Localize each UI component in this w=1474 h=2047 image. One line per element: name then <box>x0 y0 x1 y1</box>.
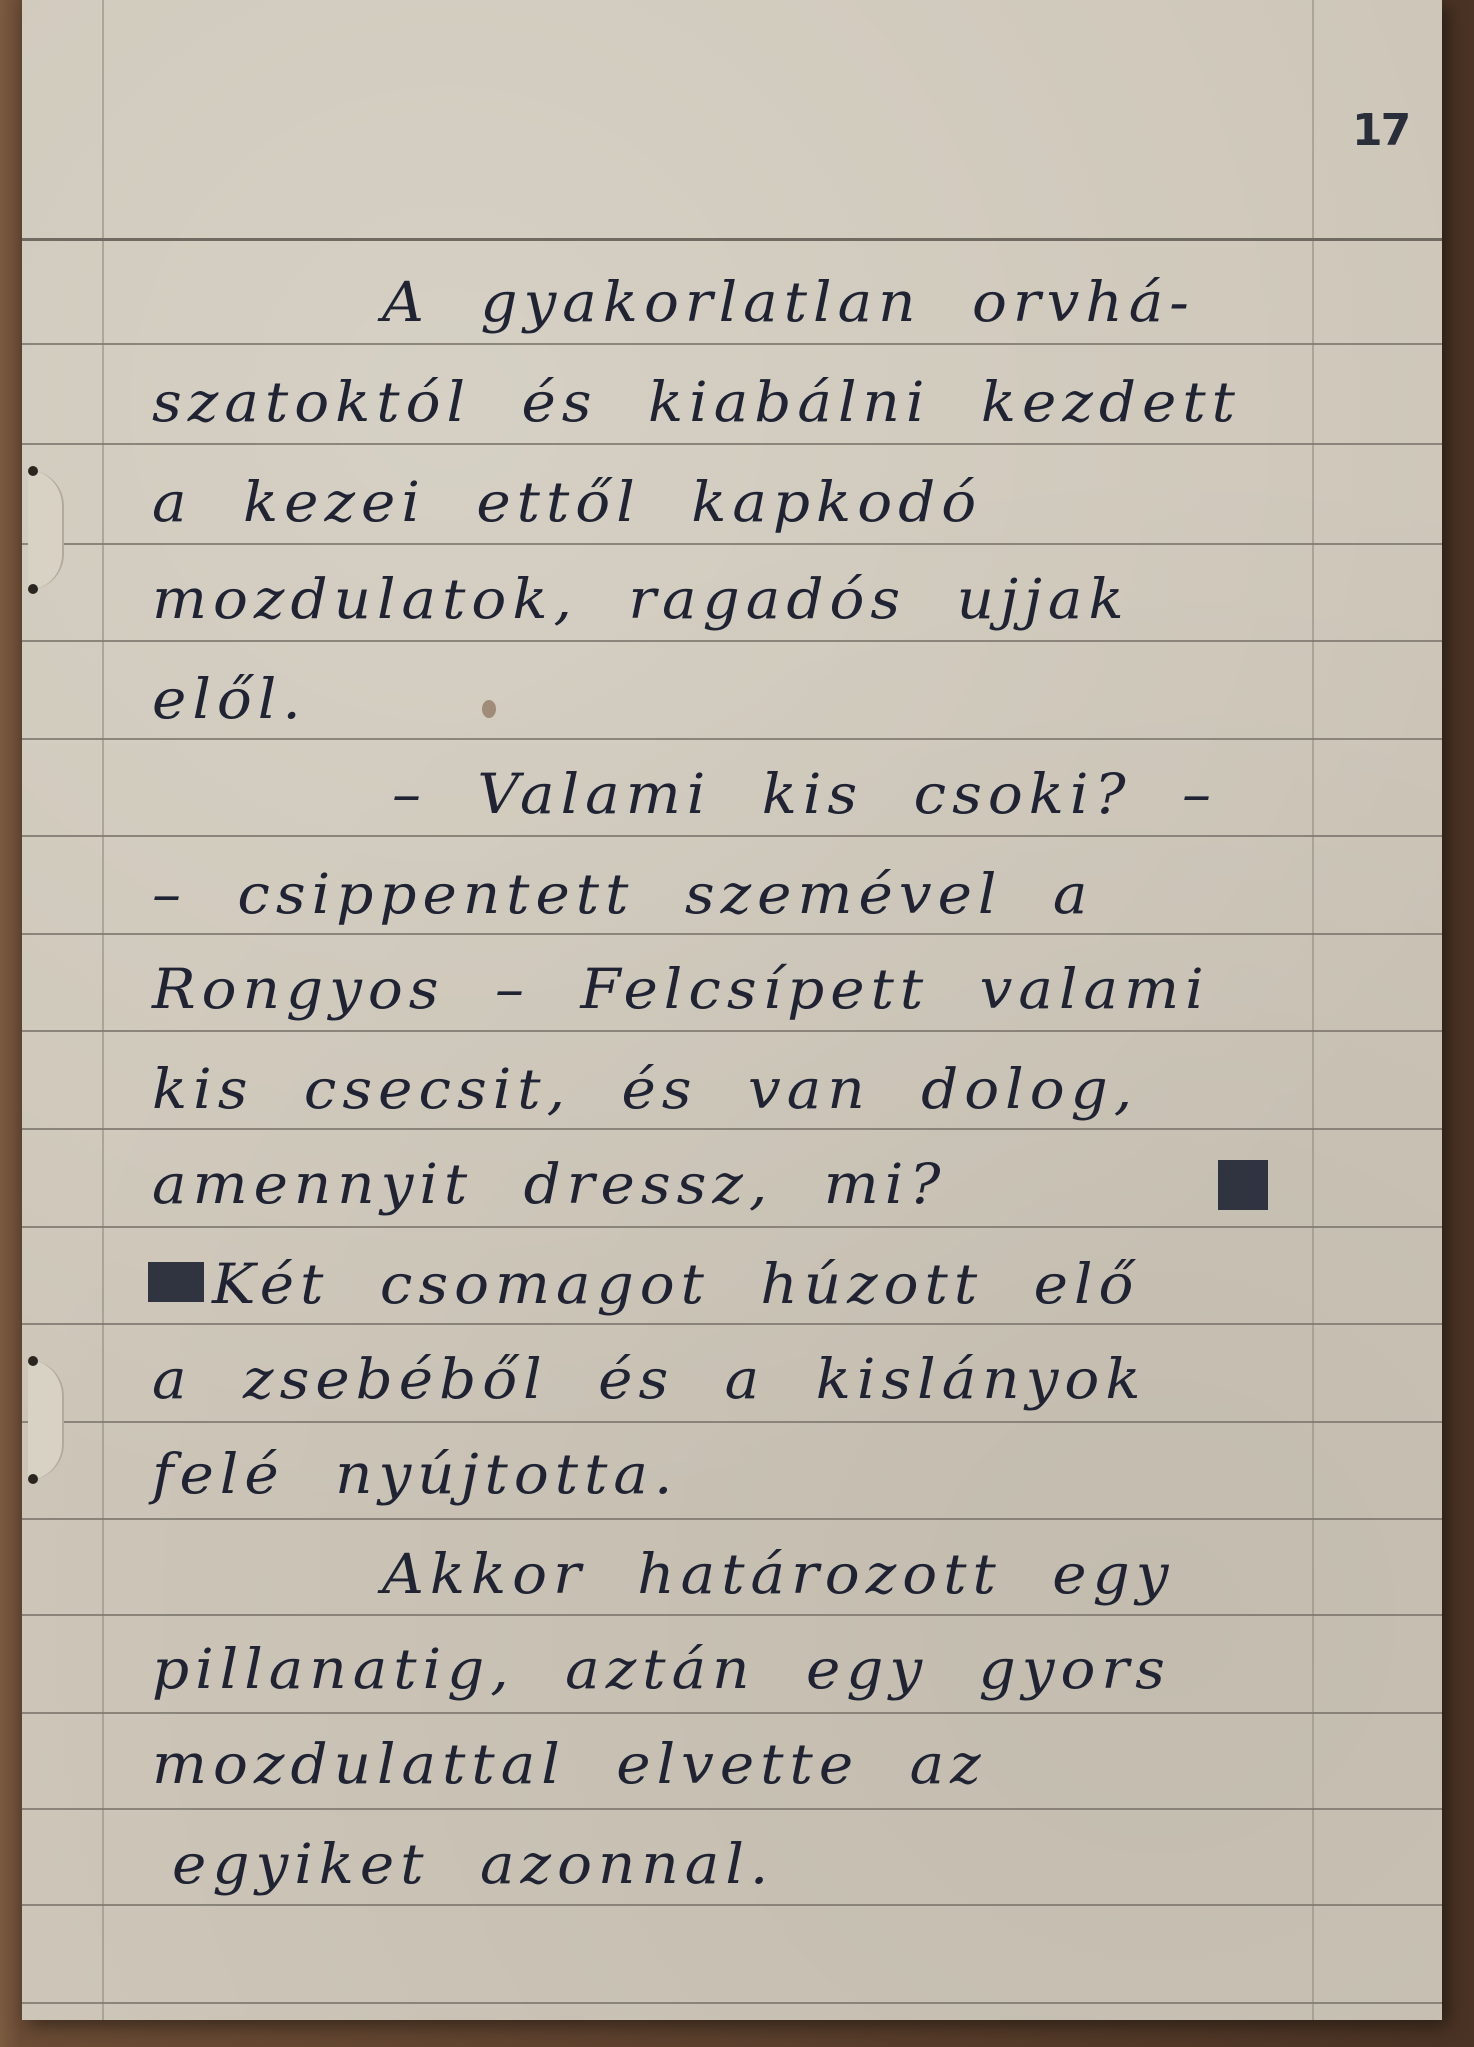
handwritten-line: elől. <box>152 667 1322 732</box>
notebook-page: 17 A gyakorlatlan orvhá- szatoktól és ki… <box>22 0 1442 2020</box>
handwritten-line: mozdulatok, ragadós ujjak <box>152 567 1322 632</box>
ruled-line <box>22 835 1442 837</box>
ruled-line <box>22 1128 1442 1130</box>
handwritten-line: – Valami kis csoki? – <box>152 762 1474 827</box>
handwritten-line: amennyit dressz, mi? <box>152 1152 1322 1217</box>
ruled-line <box>22 933 1442 935</box>
handwritten-line: Rongyos – Felcsípett valami <box>152 957 1322 1022</box>
ruled-line <box>22 1904 1442 1906</box>
ruled-line <box>22 1030 1442 1032</box>
handwritten-line: a zsebéből és a kislányok <box>152 1347 1322 1412</box>
ruled-line <box>22 1518 1442 1520</box>
binding-staple-hole <box>28 470 64 590</box>
handwritten-line: Két csomagot húzott elő <box>152 1252 1382 1317</box>
handwritten-line: A gyakorlatlan orvhá- <box>152 270 1474 335</box>
ruled-line <box>22 1421 1442 1423</box>
handwritten-line: kis csecsit, és van dolog, <box>152 1057 1322 1122</box>
handwritten-line: Akkor határozott egy <box>152 1542 1474 1607</box>
ruled-line <box>22 343 1442 345</box>
handwritten-line: szatoktól és kiabálni kezdett <box>152 370 1322 435</box>
header-rule <box>22 238 1442 241</box>
handwritten-line: felé nyújtotta. <box>152 1442 1322 1507</box>
handwritten-line: pillanatig, aztán egy gyors <box>152 1637 1322 1702</box>
ruled-line <box>22 1712 1442 1714</box>
page-number: 17 <box>1352 105 1409 156</box>
handwritten-line: – csippentett szemével a <box>152 862 1322 927</box>
ruled-line <box>22 1323 1442 1325</box>
crossed-out-mark <box>148 1262 204 1302</box>
left-margin-line <box>102 0 104 2020</box>
binding-staple-hole <box>28 1360 64 1480</box>
handwritten-line: egyiket azonnal. <box>152 1832 1342 1897</box>
handwritten-line: a kezei ettől kapkodó <box>152 470 1322 535</box>
handwritten-line: mozdulattal elvette az <box>152 1732 1322 1797</box>
ruled-line <box>22 640 1442 642</box>
ruled-line <box>22 543 1442 545</box>
ruled-line <box>22 2002 1442 2004</box>
crossed-out-mark <box>1218 1160 1268 1210</box>
ruled-line <box>22 738 1442 740</box>
ruled-line <box>22 1614 1442 1616</box>
ruled-line <box>22 1808 1442 1810</box>
ruled-line <box>22 1226 1442 1228</box>
ruled-line <box>22 443 1442 445</box>
